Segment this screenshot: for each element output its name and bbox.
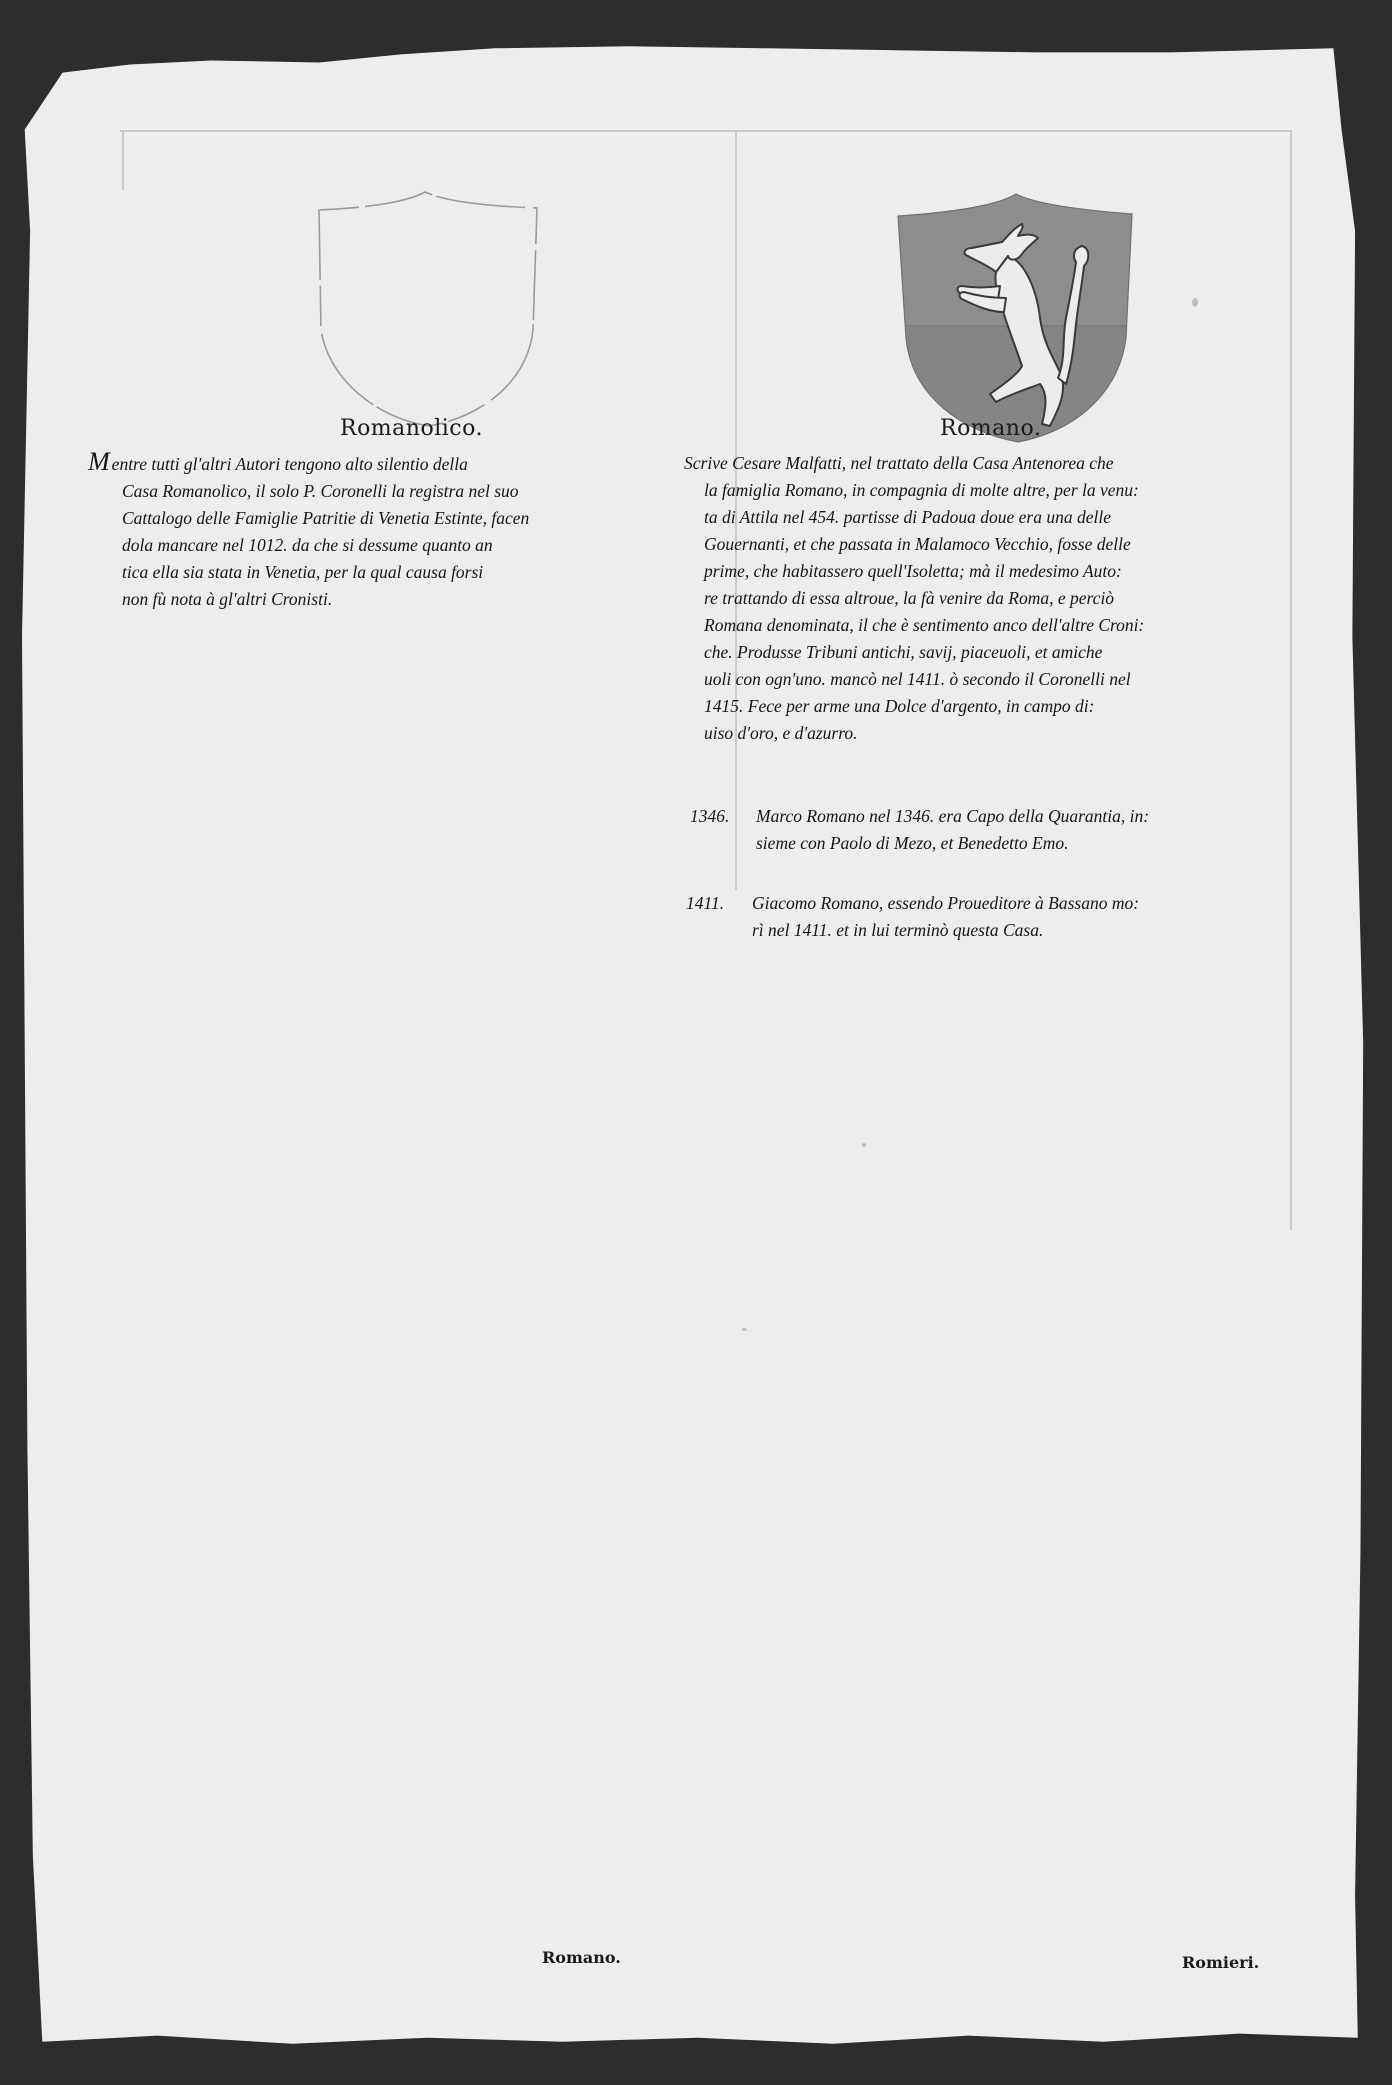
paragraph-line: prime, che habitassero quell'Isoletta; m… (684, 558, 1294, 585)
family-heading-romano: Romano. (940, 416, 1041, 441)
paragraph-line: Mentre tutti gl'altri Autori tengono alt… (88, 448, 688, 478)
paragraph-line: Gouernanti, et che passata in Malamoco V… (684, 531, 1294, 558)
paragraph-line: Romana denominata, il che è sentimento a… (684, 612, 1294, 639)
entry-body: Giacomo Romano, essendo Proueditore à Ba… (752, 890, 1312, 944)
paragraph-line: Casa Romanolico, il solo P. Coronelli la… (88, 478, 688, 505)
entry-line: Marco Romano nel 1346. era Capo della Qu… (756, 803, 1316, 830)
paragraph-line: tica ella sia stata in Venetia, per la q… (88, 559, 688, 586)
paper-speck (1192, 298, 1198, 307)
paragraph-line: re trattando di essa altroue, la fà veni… (684, 585, 1294, 612)
entry-line: Giacomo Romano, essendo Proueditore à Ba… (752, 890, 1312, 917)
romanolico-paragraph: Mentre tutti gl'altri Autori tengono alt… (88, 448, 688, 613)
family-heading-romanolico: Romanolico. (340, 416, 483, 441)
catchword-right: Romieri. (1182, 1953, 1259, 1972)
entry-line: rì nel 1411. et in lui terminò questa Ca… (752, 917, 1312, 944)
dropcap: M (88, 447, 110, 476)
frame-top-rule (120, 130, 1290, 132)
romano-paragraph: Scrive Cesare Malfatti, nel trattato del… (684, 450, 1294, 747)
paragraph-line: Cattalogo delle Famiglie Patritie di Ven… (88, 505, 688, 532)
empty-shield-icon (307, 180, 547, 430)
manuscript-page: Romanolico. Mentre tutti gl'altri Autori… (22, 28, 1374, 2058)
paper-speck (742, 1328, 747, 1331)
paragraph-line: uiso d'oro, e d'azurro. (684, 720, 1294, 747)
paragraph-line: ta di Attila nel 454. partisse di Padoua… (684, 504, 1294, 531)
frame-left-rule (122, 130, 124, 190)
entry-line: sieme con Paolo di Mezo, et Benedetto Em… (756, 830, 1316, 857)
paragraph-line: Scrive Cesare Malfatti, nel trattato del… (684, 450, 1294, 477)
entry-year: 1346. (690, 803, 754, 830)
paragraph-line: uoli con ogn'uno. mancò nel 1411. ò seco… (684, 666, 1294, 693)
entry-year: 1411. (686, 890, 750, 917)
rampant-beast-shield-icon (890, 188, 1138, 446)
entry-body: Marco Romano nel 1346. era Capo della Qu… (756, 803, 1316, 857)
paper-speck (862, 1143, 866, 1147)
chronicle-entry-1411: 1411. Giacomo Romano, essendo Proueditor… (686, 890, 1326, 950)
paragraph-line: che. Produsse Tribuni antichi, savij, pi… (684, 639, 1294, 666)
paragraph-line: dola mancare nel 1012. da che si dessume… (88, 532, 688, 559)
chronicle-entry-1346: 1346. Marco Romano nel 1346. era Capo de… (690, 803, 1330, 863)
catchword-left: Romano. (542, 1948, 621, 1967)
paragraph-line: 1415. Fece per arme una Dolce d'argento,… (684, 693, 1294, 720)
paragraph-line: la famiglia Romano, in compagnia di molt… (684, 477, 1294, 504)
paragraph-line: non fù nota à gl'altri Cronisti. (88, 586, 688, 613)
